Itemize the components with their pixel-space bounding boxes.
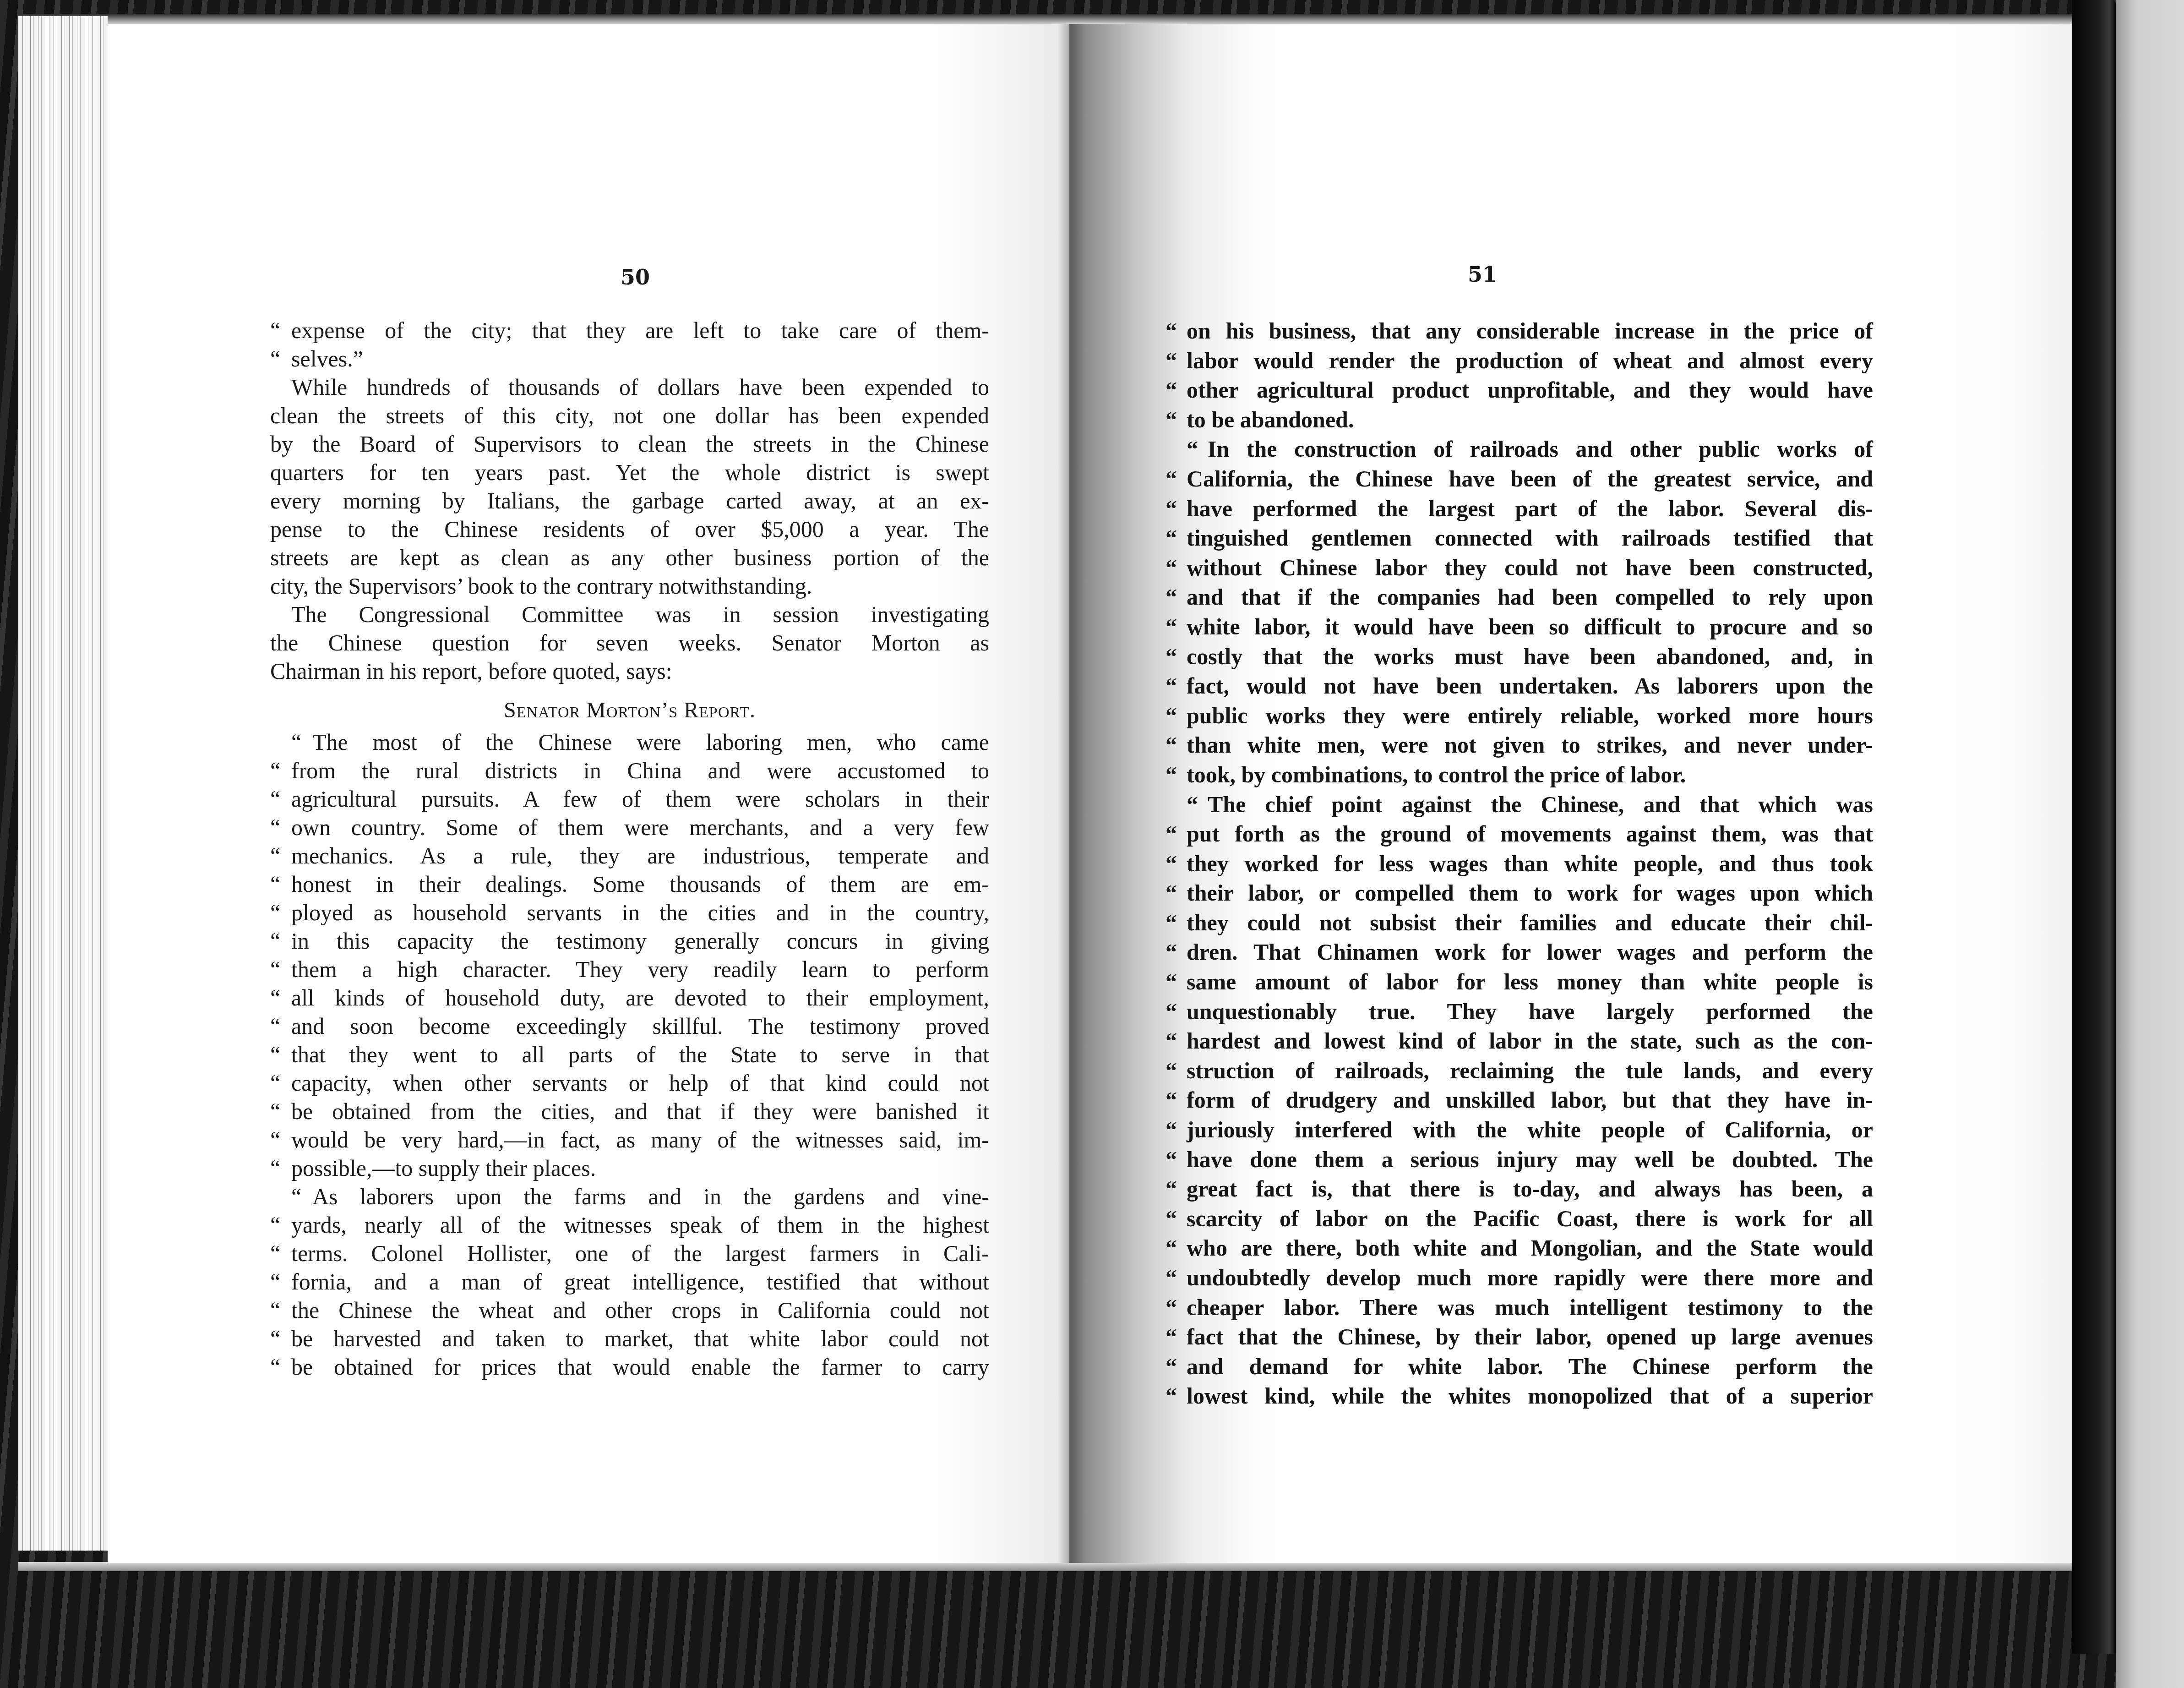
text-line: “struction of railroads, reclaiming the … xyxy=(1166,1056,1873,1086)
quote-mark: “ xyxy=(270,898,291,927)
quote-mark: “ xyxy=(270,1097,291,1125)
text-line: “have performed the largest part of the … xyxy=(1166,494,1873,524)
quote-mark: “ xyxy=(270,344,291,373)
quote-mark: “ xyxy=(270,927,291,955)
text-line: “As laborers upon the farms and in the g… xyxy=(270,1182,989,1211)
text-line: the Chinese question for seven weeks. Se… xyxy=(270,628,989,657)
text-line: “ployed as household servants in the cit… xyxy=(270,898,989,927)
text-line: Chairman in his report, before quoted, s… xyxy=(270,657,989,685)
text-line: “who are there, both white and Mongolian… xyxy=(1166,1233,1873,1263)
line-text: be harvested and taken to market, that w… xyxy=(291,1326,989,1351)
text-line: by the Board of Supervisors to clean the… xyxy=(270,430,989,458)
page-stack-right xyxy=(1923,24,2072,1563)
quote-mark: “ xyxy=(270,841,291,870)
text-line: “all kinds of household duty, are devote… xyxy=(270,983,989,1012)
section-heading: Senator Morton’s Report. xyxy=(270,685,989,728)
text-line: pense to the Chinese residents of over $… xyxy=(270,515,989,543)
left-page-text: “expense of the city; that they are left… xyxy=(270,316,989,1381)
line-text: fornia, and a man of great intelligence,… xyxy=(291,1269,989,1295)
quote-mark: “ xyxy=(270,813,291,841)
line-text: unquestionably true. They have largely p… xyxy=(1187,999,1873,1024)
text-line: “and that if the companies had been comp… xyxy=(1166,582,1873,612)
text-line: “put forth as the ground of movements ag… xyxy=(1166,819,1873,849)
quote-mark: “ xyxy=(1166,878,1187,908)
line-text: have performed the largest part of the l… xyxy=(1187,496,1873,521)
quote-mark: “ xyxy=(270,316,291,344)
text-line: “scarcity of labor on the Pacific Coast,… xyxy=(1166,1204,1873,1234)
text-line: “from the rural districts in China and w… xyxy=(270,756,989,785)
text-line: every morning by Italians, the garbage c… xyxy=(270,486,989,515)
text-line: “fact, would not have been undertaken. A… xyxy=(1166,671,1873,701)
text-line: “juriously interfered with the white peo… xyxy=(1166,1115,1873,1145)
quote-mark: “ xyxy=(270,1353,291,1381)
line-text: every morning by Italians, the garbage c… xyxy=(270,488,989,514)
quote-mark: “ xyxy=(291,1182,312,1211)
text-line: The Congressional Committee was in sessi… xyxy=(270,600,989,628)
quote-mark: “ xyxy=(1166,849,1187,879)
quote-mark: “ xyxy=(1166,760,1187,790)
text-line: quarters for ten years past. Yet the who… xyxy=(270,458,989,486)
text-line: “on his business, that any considerable … xyxy=(1166,316,1873,346)
line-text: streets are kept as clean as any other b… xyxy=(270,545,989,570)
quote-mark: “ xyxy=(270,1296,291,1324)
text-line: “white labor, it would have been so diff… xyxy=(1166,612,1873,642)
quote-mark: “ xyxy=(1166,1352,1187,1382)
line-text: expense of the city; that they are left … xyxy=(291,317,989,343)
text-line: “and soon become exceedingly skillful. T… xyxy=(270,1012,989,1040)
quote-mark: “ xyxy=(1166,819,1187,849)
text-line: “they worked for less wages than white p… xyxy=(1166,849,1873,879)
line-text: ployed as household servants in the citi… xyxy=(291,900,989,925)
quote-mark: “ xyxy=(1166,316,1187,346)
line-text: be obtained for prices that would enable… xyxy=(291,1354,989,1380)
line-text: capacity, when other servants or help of… xyxy=(291,1070,989,1096)
line-text: great fact is, that there is to-day, and… xyxy=(1187,1176,1873,1202)
line-text: The most of the Chinese were laboring me… xyxy=(312,729,989,755)
line-text: quarters for ten years past. Yet the who… xyxy=(270,459,989,485)
line-text: the Chinese question for seven weeks. Se… xyxy=(270,630,989,656)
text-line: “The chief point against the Chinese, an… xyxy=(1166,790,1873,819)
line-text: juriously interfered with the white peop… xyxy=(1187,1117,1873,1142)
quote-mark: “ xyxy=(1166,1085,1187,1115)
text-line: “unquestionably true. They have largely … xyxy=(1166,997,1873,1027)
line-text: white labor, it would have been so diffi… xyxy=(1187,614,1873,639)
line-text: California, the Chinese have been of the… xyxy=(1187,466,1873,492)
quote-mark: “ xyxy=(1166,1145,1187,1174)
text-line: “own country. Some of them were merchant… xyxy=(270,813,989,841)
text-line: “would be very hard,—in fact, as many of… xyxy=(270,1125,989,1154)
line-text: While hundreds of thousands of dollars h… xyxy=(291,374,989,400)
right-page-text: “on his business, that any considerable … xyxy=(1166,316,1873,1411)
text-line: “be obtained from the cities, and that i… xyxy=(270,1097,989,1125)
quote-mark: “ xyxy=(1187,434,1208,464)
text-line: “they could not subsist their families a… xyxy=(1166,908,1873,938)
line-text: public works they were entirely reliable… xyxy=(1187,703,1873,728)
quote-mark: “ xyxy=(1166,523,1187,553)
quote-mark: “ xyxy=(270,1267,291,1296)
text-line: “The most of the Chinese were laboring m… xyxy=(270,728,989,756)
table-surface xyxy=(2116,0,2184,1688)
line-text: that they went to all parts of the State… xyxy=(291,1042,989,1067)
line-text: without Chinese labor they could not hav… xyxy=(1187,555,1873,580)
quote-mark: “ xyxy=(270,1324,291,1353)
line-text: Chairman in his report, before quoted, s… xyxy=(270,658,672,684)
quote-mark: “ xyxy=(1166,405,1187,435)
quote-mark: “ xyxy=(270,1040,291,1069)
text-line: “cheaper labor. There was much intellige… xyxy=(1166,1293,1873,1322)
line-text: the Chinese the wheat and other crops in… xyxy=(291,1297,989,1323)
line-text: labor would render the production of whe… xyxy=(1187,348,1873,373)
quote-mark: “ xyxy=(1166,375,1187,405)
book-gutter xyxy=(1058,24,1085,1563)
text-line: “public works they were entirely reliabl… xyxy=(1166,701,1873,731)
line-text: lowest kind, while the whites monopolize… xyxy=(1187,1383,1873,1409)
line-text: mechanics. As a rule, they are industrio… xyxy=(291,843,989,869)
quote-mark: “ xyxy=(1166,582,1187,612)
line-text: and that if the companies had been compe… xyxy=(1187,584,1873,610)
quote-mark: “ xyxy=(1166,1233,1187,1263)
quote-mark: “ xyxy=(1166,1056,1187,1086)
text-line: “possible,—to supply their places. xyxy=(270,1154,989,1182)
line-text: on his business, that any considerable i… xyxy=(1187,318,1873,344)
line-text: fact that the Chinese, by their labor, o… xyxy=(1187,1324,1873,1349)
quote-mark: “ xyxy=(1166,494,1187,524)
text-line: “California, the Chinese have been of th… xyxy=(1166,464,1873,494)
quote-mark: “ xyxy=(270,1154,291,1182)
line-text: own country. Some of them were merchants… xyxy=(291,814,989,840)
text-line: “mechanics. As a rule, they are industri… xyxy=(270,841,989,870)
text-line: “capacity, when other servants or help o… xyxy=(270,1069,989,1097)
line-text: fact, would not have been undertaken. As… xyxy=(1187,673,1873,699)
quote-mark: “ xyxy=(291,728,312,756)
text-line: “selves.” xyxy=(270,344,989,373)
quote-mark: “ xyxy=(1166,701,1187,731)
quote-mark: “ xyxy=(1166,346,1187,376)
quote-mark: “ xyxy=(1166,553,1187,583)
text-line: “expense of the city; that they are left… xyxy=(270,316,989,344)
page-number: 50 xyxy=(621,265,650,290)
line-text: their labor, or compelled them to work f… xyxy=(1187,880,1873,906)
line-text: struction of railroads, reclaiming the t… xyxy=(1187,1058,1873,1083)
text-line: “their labor, or compelled them to work … xyxy=(1166,878,1873,908)
quote-mark: “ xyxy=(1166,1263,1187,1293)
line-text: costly that the works must have been aba… xyxy=(1187,644,1873,669)
line-text: them a high character. They very readily… xyxy=(291,956,989,982)
line-text: tinguished gentlemen connected with rail… xyxy=(1187,525,1873,551)
line-text: agricultural pursuits. A few of them wer… xyxy=(291,786,989,812)
book-bottom-edge xyxy=(18,1562,2072,1571)
quote-mark: “ xyxy=(1166,1381,1187,1411)
quote-mark: “ xyxy=(1166,1322,1187,1352)
line-text: other agricultural product unprofitable,… xyxy=(1187,377,1873,403)
text-line: “form of drudgery and unskilled labor, b… xyxy=(1166,1085,1873,1115)
line-text: put forth as the ground of movements aga… xyxy=(1187,821,1873,847)
quote-mark: “ xyxy=(270,1239,291,1267)
line-text: honest in their dealings. Some thousands… xyxy=(291,871,989,897)
line-text: form of drudgery and unskilled labor, bu… xyxy=(1187,1087,1873,1113)
text-line: streets are kept as clean as any other b… xyxy=(270,543,989,572)
text-line: “great fact is, that there is to-day, an… xyxy=(1166,1174,1873,1204)
line-text: would be very hard,—in fact, as many of … xyxy=(291,1127,989,1153)
quote-mark: “ xyxy=(1166,642,1187,672)
quote-mark: “ xyxy=(270,870,291,898)
quote-mark: “ xyxy=(1166,464,1187,494)
line-text: in this capacity the testimony generally… xyxy=(291,928,989,954)
quote-mark: “ xyxy=(270,785,291,813)
quote-mark: “ xyxy=(270,1012,291,1040)
quote-mark: “ xyxy=(1187,790,1208,819)
quote-mark: “ xyxy=(1166,1026,1187,1056)
line-text: be obtained from the cities, and that if… xyxy=(291,1098,989,1124)
book-cover-edge xyxy=(2072,0,2116,1654)
quote-mark: “ xyxy=(270,756,291,785)
text-line: “took, by combinations, to control the p… xyxy=(1166,760,1873,790)
quote-mark: “ xyxy=(270,1211,291,1239)
quote-mark: “ xyxy=(270,1125,291,1154)
text-line: “without Chinese labor they could not ha… xyxy=(1166,553,1873,583)
quote-mark: “ xyxy=(270,1069,291,1097)
line-text: city, the Supervisors’ book to the contr… xyxy=(270,573,812,599)
line-text: than white men, were not given to strike… xyxy=(1187,732,1873,758)
text-line: “fornia, and a man of great intelligence… xyxy=(270,1267,989,1296)
text-line: “hardest and lowest kind of labor in the… xyxy=(1166,1026,1873,1056)
text-line: “same amount of labor for less money tha… xyxy=(1166,967,1873,997)
quote-mark: “ xyxy=(1166,937,1187,967)
line-text: and demand for white labor. The Chinese … xyxy=(1187,1354,1873,1379)
text-line: “than white men, were not given to strik… xyxy=(1166,730,1873,760)
line-text: possible,—to supply their places. xyxy=(291,1155,596,1181)
quote-mark: “ xyxy=(1166,1204,1187,1234)
text-line: “dren. That Chinamen work for lower wage… xyxy=(1166,937,1873,967)
line-text: As laborers upon the farms and in the ga… xyxy=(312,1184,989,1209)
line-text: who are there, both white and Mongolian,… xyxy=(1187,1235,1873,1261)
line-text: same amount of labor for less money than… xyxy=(1187,969,1873,994)
quote-mark: “ xyxy=(1166,1174,1187,1204)
quote-mark: “ xyxy=(1166,908,1187,938)
line-text: they could not subsist their families an… xyxy=(1187,910,1873,935)
line-text: have done them a serious injury may well… xyxy=(1187,1147,1873,1172)
line-text: pense to the Chinese residents of over $… xyxy=(270,516,989,542)
quote-mark: “ xyxy=(1166,612,1187,642)
quote-mark: “ xyxy=(1166,967,1187,997)
text-line: “and demand for white labor. The Chinese… xyxy=(1166,1352,1873,1382)
text-line: “In the construction of railroads and ot… xyxy=(1166,434,1873,464)
line-text: to be abandoned. xyxy=(1187,407,1354,432)
line-text: and soon become exceedingly skillful. Th… xyxy=(291,1013,989,1039)
line-text: scarcity of labor on the Pacific Coast, … xyxy=(1187,1206,1873,1231)
text-line: city, the Supervisors’ book to the contr… xyxy=(270,572,989,600)
quote-mark: “ xyxy=(270,955,291,983)
line-text: The chief point against the Chinese, and… xyxy=(1208,792,1873,817)
line-text: clean the streets of this city, not one … xyxy=(270,403,989,428)
line-text: selves.” xyxy=(291,346,363,371)
line-text: terms. Colonel Hollister, one of the lar… xyxy=(291,1240,989,1266)
text-line: clean the streets of this city, not one … xyxy=(270,401,989,430)
line-text: from the rural districts in China and we… xyxy=(291,758,989,783)
quote-mark: “ xyxy=(1166,997,1187,1027)
quote-mark: “ xyxy=(1166,671,1187,701)
quote-mark: “ xyxy=(1166,730,1187,760)
text-line: “yards, nearly all of the witnesses spea… xyxy=(270,1211,989,1239)
quote-mark: “ xyxy=(1166,1115,1187,1145)
text-line: While hundreds of thousands of dollars h… xyxy=(270,373,989,401)
text-line: “to be abandoned. xyxy=(1166,405,1873,435)
text-line: “have done them a serious injury may wel… xyxy=(1166,1145,1873,1174)
line-text: took, by combinations, to control the pr… xyxy=(1187,762,1686,787)
text-line: “be obtained for prices that would enabl… xyxy=(270,1353,989,1381)
text-line: “the Chinese the wheat and other crops i… xyxy=(270,1296,989,1324)
text-line: “costly that the works must have been ab… xyxy=(1166,642,1873,672)
quote-mark: “ xyxy=(270,983,291,1012)
text-line: “other agricultural product unprofitable… xyxy=(1166,375,1873,405)
line-text: undoubtedly develop much more rapidly we… xyxy=(1187,1265,1873,1290)
line-text: they worked for less wages than white pe… xyxy=(1187,851,1873,876)
text-line: “them a high character. They very readil… xyxy=(270,955,989,983)
line-text: cheaper labor. There was much intelligen… xyxy=(1187,1295,1873,1320)
text-line: “be harvested and taken to market, that … xyxy=(270,1324,989,1353)
page-stack-left xyxy=(18,16,108,1551)
quote-mark: “ xyxy=(1166,1293,1187,1322)
line-text: dren. That Chinamen work for lower wages… xyxy=(1187,939,1873,965)
text-line: “lowest kind, while the whites monopoliz… xyxy=(1166,1381,1873,1411)
text-line: “fact that the Chinese, by their labor, … xyxy=(1166,1322,1873,1352)
line-text: The Congressional Committee was in sessi… xyxy=(291,601,989,627)
line-text: yards, nearly all of the witnesses speak… xyxy=(291,1212,989,1238)
text-line: “agricultural pursuits. A few of them we… xyxy=(270,785,989,813)
page-number: 51 xyxy=(1468,262,1497,287)
text-line: “that they went to all parts of the Stat… xyxy=(270,1040,989,1069)
line-text: all kinds of household duty, are devoted… xyxy=(291,985,989,1011)
text-line: “tinguished gentlemen connected with rai… xyxy=(1166,523,1873,553)
text-line: “labor would render the production of wh… xyxy=(1166,346,1873,376)
text-line: “terms. Colonel Hollister, one of the la… xyxy=(270,1239,989,1267)
line-text: by the Board of Supervisors to clean the… xyxy=(270,431,989,457)
text-line: “undoubtedly develop much more rapidly w… xyxy=(1166,1263,1873,1293)
line-text: hardest and lowest kind of labor in the … xyxy=(1187,1028,1873,1054)
text-line: “honest in their dealings. Some thousand… xyxy=(270,870,989,898)
line-text: In the construction of railroads and oth… xyxy=(1208,436,1873,462)
text-line: “in this capacity the testimony generall… xyxy=(270,927,989,955)
